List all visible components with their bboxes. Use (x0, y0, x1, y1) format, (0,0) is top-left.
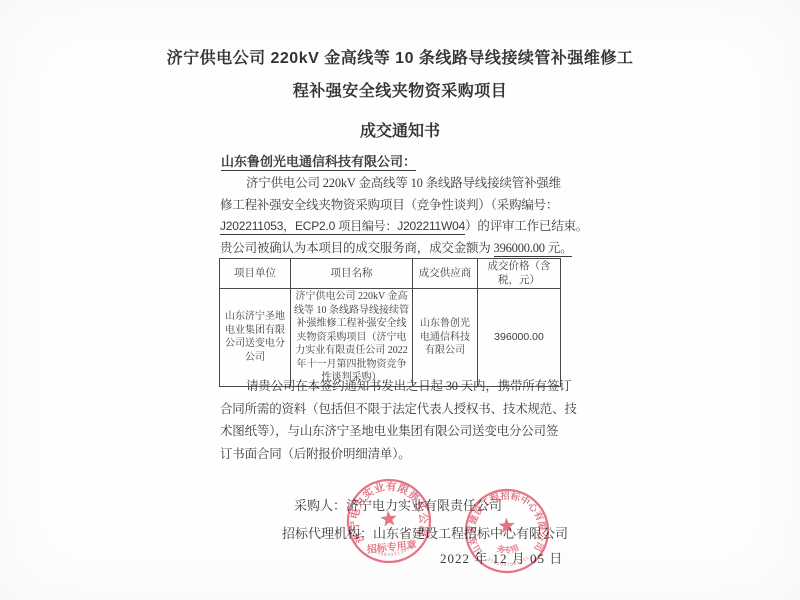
award-table-data-row: 山东济宁圣地电业集团有限公司送变电分公司 济宁供电公司 220kV 金高线等 1… (220, 289, 561, 387)
svg-text:3708843013083: 3708843013083 (370, 543, 415, 559)
document-page: 济宁供电公司 220kV 金高线等 10 条线路导线接续管补强维修工 程补强安全… (0, 0, 800, 600)
cell-project-unit: 山东济宁圣地电业集团有限公司送变电分公司 (220, 289, 291, 387)
cell-price: 396000.00 (478, 289, 561, 387)
header-project-name: 项目名称 (291, 259, 413, 289)
document-subtitle: 成交通知书 (0, 118, 800, 141)
procurement-number: J202211053，ECP2.0 项目编号：J202211W04 (220, 219, 465, 235)
paragraph1-line3: J202211053，ECP2.0 项目编号：J202211W04）的评审工作已… (220, 216, 565, 238)
paragraph1-line2: 修工程补强安全线夹物资采购项目（竞争性谈判）（采购编号： (220, 195, 565, 217)
header-supplier: 成交供应商 (413, 259, 478, 289)
document-title-line1: 济宁供电公司 220kV 金高线等 10 条线路导线接续管补强维修工 (0, 45, 800, 68)
stamp-ring (344, 476, 434, 566)
paragraph2-line1: 请贵公司在本签约通知书发出之日起 30 天内，携带所有签订 (220, 375, 565, 398)
header-project-unit: 项目单位 (220, 259, 291, 289)
paragraph2-line2: 合同所需的资料（包括但不限于法定代表人授权书、技术规范、技 (220, 398, 565, 421)
cell-supplier: 山东鲁创光电通信科技有限公司 (413, 289, 478, 387)
award-statement: 贵公司被确认为本项目的成交服务商，成交金额为 (220, 241, 494, 255)
body-paragraph-2: 请贵公司在本签约通知书发出之日起 30 天内，携带所有签订 合同所需的资料（包括… (220, 375, 565, 465)
award-amount: 396000.00 元。 (494, 241, 573, 257)
paragraph1-line3-rest: ）的评审工作已结束。 (465, 219, 588, 233)
agent-signature-line: 招标代理机构：山东省建设工程招标中心有限公司 (282, 523, 568, 542)
date-line: 2022 年 12 月 05 日 (440, 548, 563, 567)
stamp-code-text: 3708843013083 (370, 543, 415, 559)
salutation-company: 山东鲁创光电通信科技有限公司： (221, 154, 416, 171)
award-table: 项目单位 项目名称 成交供应商 成交价格（含税，元） 山东济宁圣地电业集团有限公… (219, 258, 561, 387)
paragraph2-line4: 订书面合同（后附报价明细清单）。 (220, 443, 565, 466)
cell-project-name: 济宁供电公司 220kV 金高线等 10 条线路导线接续管补强维修工程补强安全线… (291, 289, 413, 387)
buyer-signature-line: 采购人：济宁电力实业有限责任公司 (294, 495, 502, 514)
document-title-line2: 程补强安全线夹物资采购项目 (0, 78, 800, 101)
body-paragraph-1: 济宁供电公司 220kV 金高线等 10 条线路导线接续管补强维 修工程补强安全… (220, 173, 565, 259)
paragraph1-line4: 贵公司被确认为本项目的成交服务商，成交金额为 396000.00 元。 (220, 238, 565, 260)
paragraph2-line3: 术图纸等），与山东济宁圣地电业集团有限公司送变电分公司签 (220, 420, 565, 443)
purchaser-stamp-icon: 济宁电力实业有限责任公司 招标专用章 3708843013083 (341, 473, 438, 570)
paragraph1-line1: 济宁供电公司 220kV 金高线等 10 条线路导线接续管补强维 (220, 173, 565, 195)
header-price: 成交价格（含税，元） (478, 259, 561, 289)
salutation-line: 山东鲁创光电通信科技有限公司： (221, 151, 416, 170)
award-table-header-row: 项目单位 项目名称 成交供应商 成交价格（含税，元） (220, 259, 561, 289)
